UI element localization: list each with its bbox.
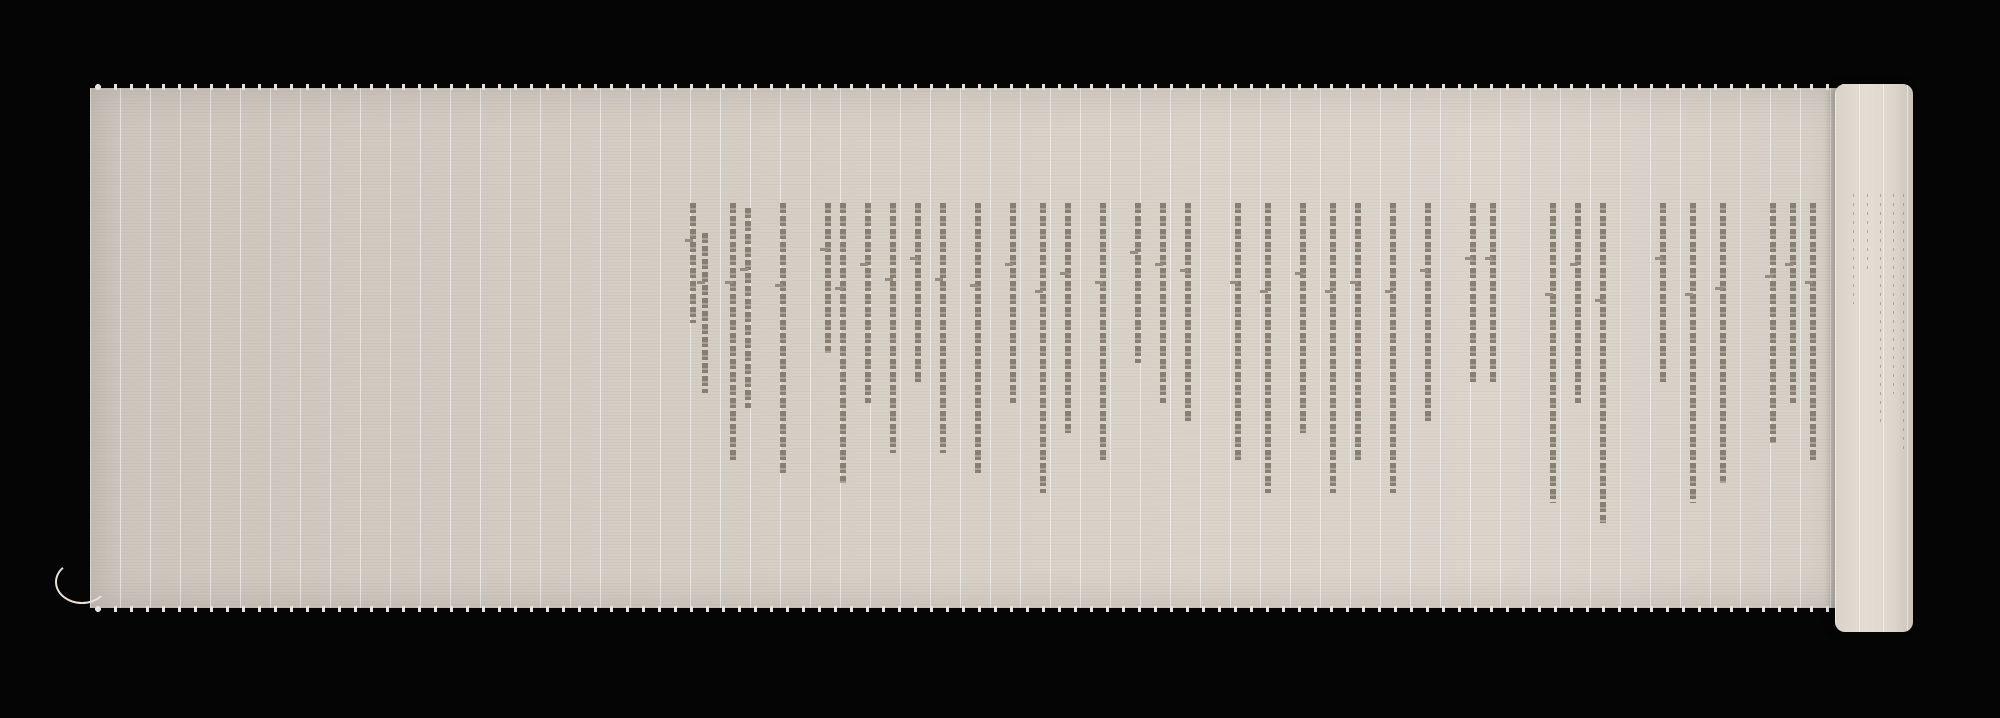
scalloped-bottom-edge	[90, 606, 1850, 612]
text-column	[1355, 203, 1361, 463]
text-column	[1770, 203, 1776, 443]
text-column	[890, 203, 896, 453]
faint-text-column	[1893, 194, 1894, 394]
text-column	[1550, 203, 1556, 503]
text-column	[1720, 203, 1726, 483]
text-column	[702, 233, 708, 393]
text-column	[825, 203, 831, 353]
rolled-textile-end	[1835, 84, 1913, 632]
text-column	[1575, 203, 1581, 403]
text-column	[1470, 203, 1476, 383]
text-column	[1810, 203, 1816, 463]
unrolled-textile	[90, 88, 1850, 608]
text-column	[1100, 203, 1106, 463]
text-column	[745, 208, 751, 408]
text-column	[1235, 203, 1241, 463]
text-column	[1135, 203, 1141, 363]
text-column	[975, 203, 981, 473]
faint-text-column	[1853, 194, 1854, 304]
text-column	[940, 203, 946, 453]
text-column	[1330, 203, 1336, 493]
text-column	[865, 203, 871, 403]
text-column	[730, 203, 736, 463]
text-column	[1160, 203, 1166, 403]
text-column	[690, 203, 696, 323]
text-column	[1690, 203, 1696, 503]
text-column	[1600, 203, 1606, 523]
text-column	[1425, 203, 1431, 423]
text-column	[1660, 203, 1666, 383]
text-column	[1265, 203, 1271, 493]
scalloped-top-edge	[90, 84, 1850, 90]
text-column	[1010, 203, 1016, 403]
text-column	[840, 203, 846, 483]
faint-text-column	[1903, 194, 1904, 454]
faint-text-column	[1867, 194, 1868, 274]
text-column	[1390, 203, 1396, 493]
text-column	[1300, 203, 1306, 433]
faint-text-column	[1880, 194, 1881, 424]
text-column	[915, 203, 921, 383]
text-column	[1490, 203, 1496, 383]
text-column	[1040, 203, 1046, 493]
loose-thread	[55, 560, 109, 604]
text-column	[1065, 203, 1071, 433]
text-column	[1185, 203, 1191, 423]
scene-description: Photograph of a long pale woven textile …	[0, 0, 1, 1]
text-column	[780, 203, 786, 473]
text-column	[1790, 203, 1796, 403]
